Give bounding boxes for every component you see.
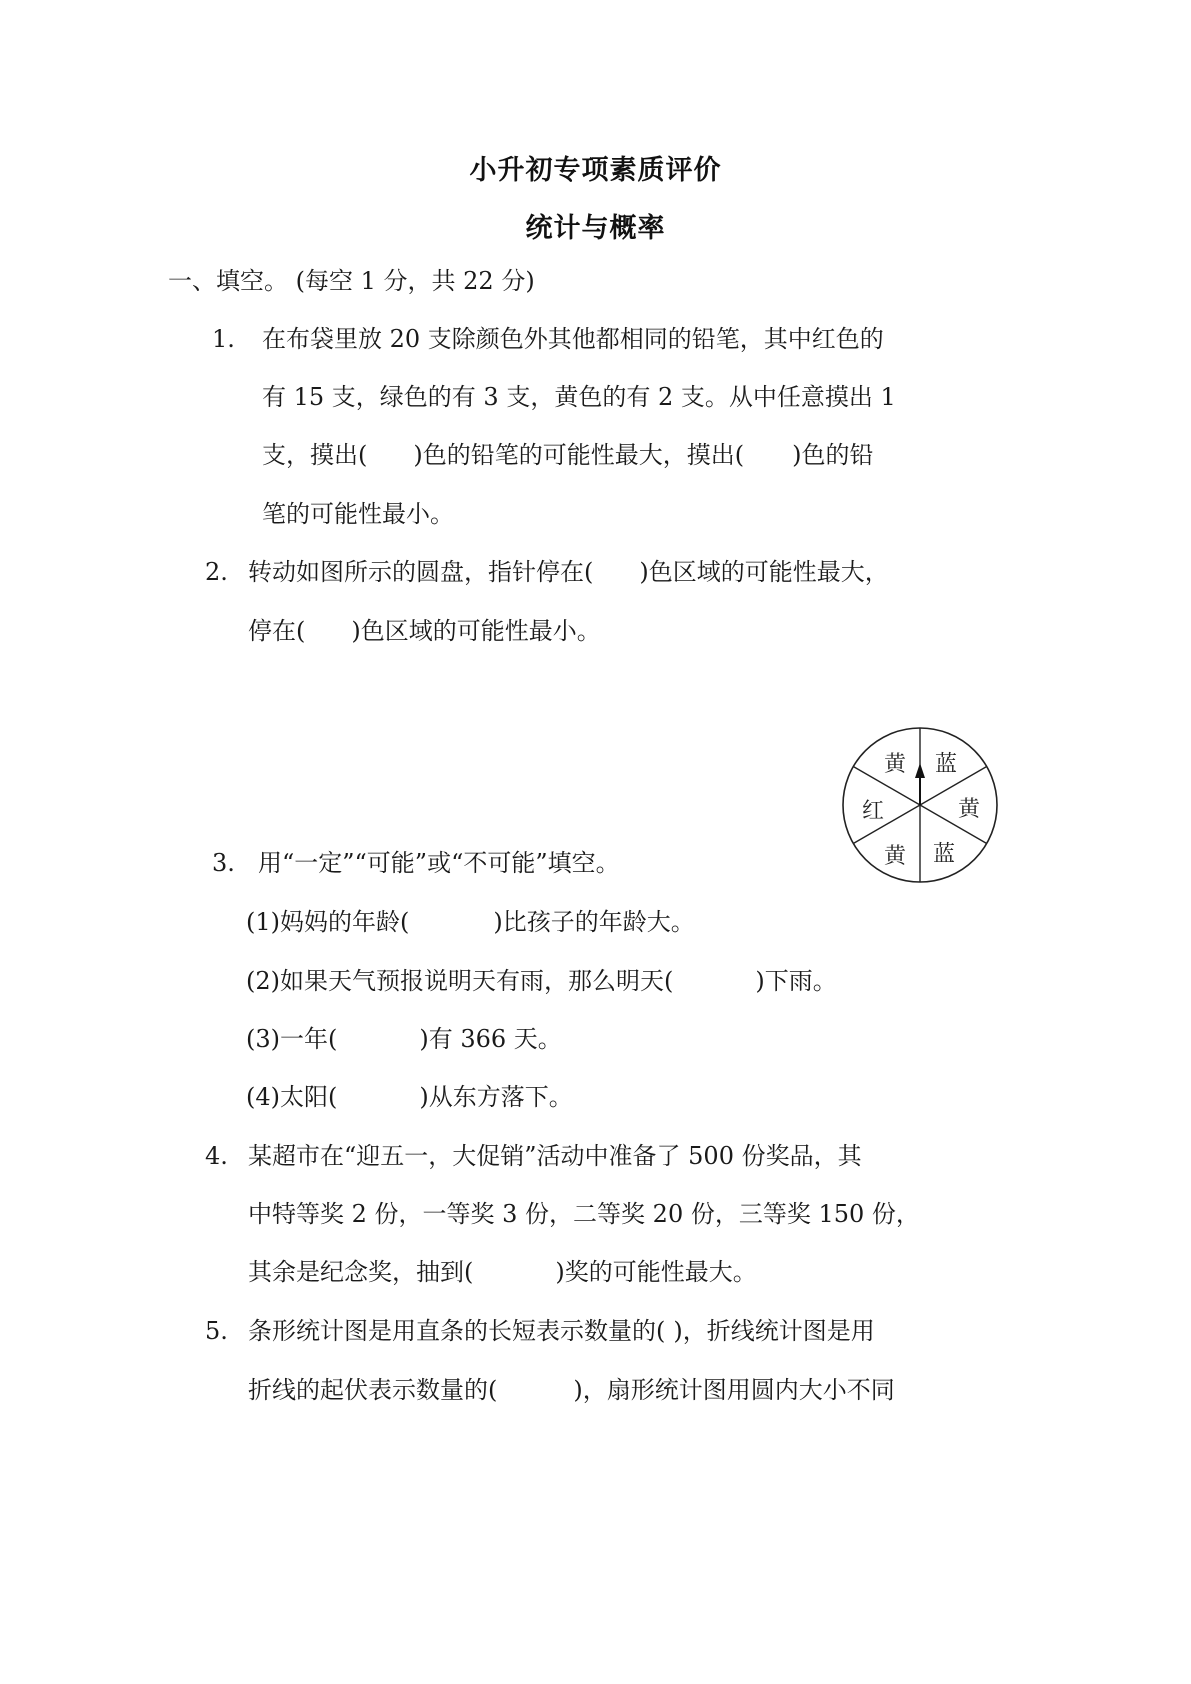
q2-line-1-text-b: )色区域的可能性最大，: [639, 558, 888, 586]
q3-item-3-text-b: )有 366 天。: [419, 1025, 561, 1053]
q1-line-3: 支，摸出()色的铅笔的可能性最大，摸出()色的铅: [262, 440, 873, 470]
q1-line-2: 有 15 支，绿色的有 3 支，黄色的有 2 支。从中任意摸出 1: [262, 382, 896, 412]
q3-item-4: (4)太阳()从东方落下。: [246, 1082, 573, 1112]
q3-item-1-text-b: )比孩子的年龄大。: [493, 908, 694, 936]
question-number-2: 2.: [205, 557, 228, 587]
q3-item-2-text-b: )下雨。: [755, 967, 836, 995]
q2-line-2-text-a: 停在(: [248, 617, 305, 645]
sector-label-bottom-right: 蓝: [933, 842, 955, 867]
page-subtitle: 统计与概率: [0, 206, 1191, 245]
q4-line-2: 中特等奖 2 份，一等奖 3 份，二等奖 20 份，三等奖 150 份，: [248, 1199, 920, 1229]
sector-label-right: 黄: [958, 797, 981, 822]
q5-line-2-text-b: )，扇形统计图用圆内大小不同: [573, 1376, 894, 1404]
q1-line-1: 在布袋里放 20 支除颜色外其他都相同的铅笔，其中红色的: [262, 324, 884, 354]
sector-label-top-left: 黄: [884, 752, 907, 777]
q1-line-3-text-c: )色的铅: [792, 441, 873, 469]
q1-line-3-text-b: )色的铅笔的可能性最大，摸出(: [413, 441, 744, 469]
q1-line-3-text-a: 支，摸出(: [262, 441, 367, 469]
q3-item-4-text-a: (4)太阳(: [246, 1083, 337, 1111]
q2-line-2-text-b: )色区域的可能性最小。: [351, 617, 600, 645]
q3-item-3-text-a: (3)一年(: [246, 1025, 337, 1053]
q3-item-1-text-a: (1)妈妈的年龄(: [246, 908, 409, 936]
q5-line-1-text-b: )，折线统计图是用: [673, 1317, 874, 1345]
q4-line-1: 某超市在“迎五一，大促销”活动中准备了 500 份奖品，其: [248, 1141, 862, 1171]
q5-line-1: 条形统计图是用直条的长短表示数量的()，折线统计图是用: [248, 1316, 875, 1346]
sector-label-bottom-left: 黄: [884, 844, 907, 869]
q4-line-3-text-b: )奖的可能性最大。: [555, 1258, 756, 1286]
q3-prompt: 用“一定”“可能”或“不可能”填空。: [258, 848, 620, 878]
q5-line-1-text-a: 条形统计图是用直条的长短表示数量的(: [248, 1317, 665, 1345]
q2-line-1: 转动如图所示的圆盘，指针停在()色区域的可能性最大，: [248, 557, 889, 587]
q4-line-3: 其余是纪念奖，抽到()奖的可能性最大。: [248, 1257, 757, 1287]
q3-item-1: (1)妈妈的年龄()比孩子的年龄大。: [246, 907, 695, 937]
q2-line-1-text-a: 转动如图所示的圆盘，指针停在(: [248, 558, 593, 586]
q4-line-3-text-a: 其余是纪念奖，抽到(: [248, 1258, 473, 1286]
q5-line-2-text-a: 折线的起伏表示数量的(: [248, 1376, 497, 1404]
q3-item-3: (3)一年()有 366 天。: [246, 1024, 562, 1054]
question-number-3: 3.: [212, 848, 235, 878]
q1-line-4: 笔的可能性最小。: [262, 499, 454, 529]
question-number-4: 4.: [205, 1141, 228, 1171]
question-number-5: 5.: [205, 1316, 228, 1346]
q3-item-2: (2)如果天气预报说明天有雨，那么明天()下雨。: [246, 966, 837, 996]
q2-line-2: 停在()色区域的可能性最小。: [248, 616, 601, 646]
sector-label-left: 红: [862, 799, 884, 824]
q3-item-2-text-a: (2)如果天气预报说明天有雨，那么明天(: [246, 967, 673, 995]
page-title: 小升初专项素质评价: [0, 148, 1191, 187]
sector-label-top-right: 蓝: [935, 752, 957, 777]
spinner-diagram: 黄 蓝 黄 蓝 黄 红: [840, 725, 1000, 885]
q5-line-2: 折线的起伏表示数量的()，扇形统计图用圆内大小不同: [248, 1375, 895, 1405]
q3-item-4-text-b: )从东方落下。: [419, 1083, 572, 1111]
section-heading: 一、填空。 (每空 1 分，共 22 分): [168, 266, 535, 296]
question-number-1: 1.: [212, 324, 235, 354]
